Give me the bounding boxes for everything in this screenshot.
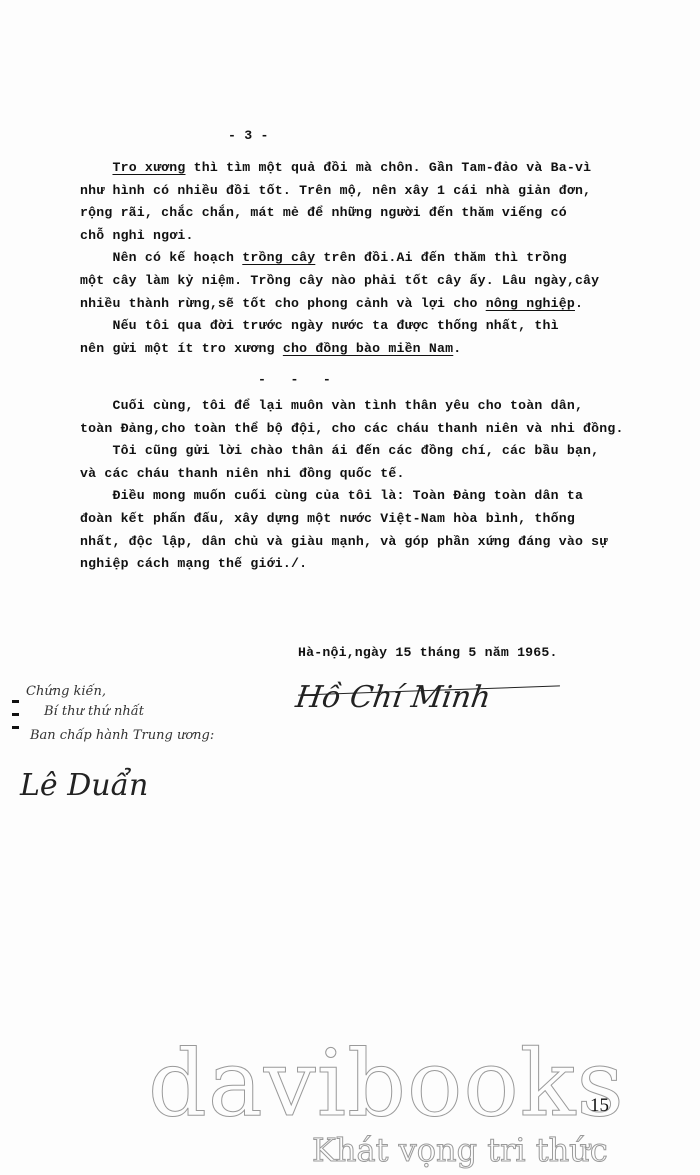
text-line: như hình có nhiều đồi tốt. Trên mộ, nên … <box>80 183 591 198</box>
text-line: Tôi cũng gửi lời chào thân ái đến các đồ… <box>80 443 599 458</box>
text-segment: nên gửi một ít tro xương <box>80 341 283 356</box>
date-line: Hà-nội,ngày 15 tháng 5 năm 1965. <box>298 645 558 660</box>
text-line: Điều mong muốn cuối cùng của tôi là: Toà… <box>80 488 583 503</box>
text-line: và các cháu thanh niên nhi đồng quốc tế. <box>80 466 405 481</box>
text-line: một cây làm kỷ niệm. Trồng cây nào phải … <box>80 273 599 288</box>
witness-note-line-3: Ban chấp hành Trung ương: <box>30 728 214 743</box>
text-segment: và các cháu thanh niên nhi đồng quốc tế. <box>80 466 405 481</box>
text-segment: Điều mong muốn cuối cùng của tôi là: Toà… <box>80 488 583 503</box>
underlined-phrase: cho đồng bào miền Nam <box>283 341 453 356</box>
signature-ho-chi-minh: Hồ Chí Minh <box>294 680 493 715</box>
text-line: toàn Đảng,cho toàn thể bộ đội, cho các c… <box>80 421 624 436</box>
section-separator: - - - <box>258 372 331 387</box>
text-line: nghiệp cách mạng thế giới./. <box>80 556 307 571</box>
watermark-tagline: Khát vọng tri thức <box>312 1131 608 1169</box>
text-line: nhất, độc lập, dân chủ và giàu mạnh, và … <box>80 534 607 549</box>
signature-le-duan: Lê Duẩn <box>20 768 148 803</box>
text-segment: đoàn kết phấn đấu, xây dựng một nước Việ… <box>80 511 575 526</box>
text-segment: nhất, độc lập, dân chủ và giàu mạnh, và … <box>80 534 607 549</box>
text-segment: . <box>453 341 461 356</box>
page-marker: - 3 - <box>228 128 269 143</box>
text-line: Tro xương thì tìm một quả đồi mà chôn. G… <box>80 160 591 175</box>
watermark-brand: davibooks <box>148 1030 625 1137</box>
text-segment: Tôi cũng gửi lời chào thân ái đến các đồ… <box>80 443 599 458</box>
text-segment <box>80 160 112 175</box>
text-segment: Cuối cùng, tôi để lại muôn vàn tình thân… <box>80 398 583 413</box>
underlined-phrase: trồng cây <box>242 250 315 265</box>
text-line: đoàn kết phấn đấu, xây dựng một nước Việ… <box>80 511 575 526</box>
text-segment: trên đồi.Ai đến thăm thì trồng <box>315 250 567 265</box>
document-page: - 3 - Tro xương thì tìm một quả đồi mà c… <box>0 0 700 1175</box>
text-line: Nếu tôi qua đời trước ngày nước ta được … <box>80 318 559 333</box>
text-line: nhiều thành rừng,sẽ tốt cho phong cảnh v… <box>80 296 583 311</box>
text-segment: như hình có nhiều đồi tốt. Trên mộ, nên … <box>80 183 591 198</box>
text-segment: nghiệp cách mạng thế giới./. <box>80 556 307 571</box>
text-line: rộng rãi, chắc chắn, mát mẻ để những ngư… <box>80 205 567 220</box>
text-line: Cuối cùng, tôi để lại muôn vàn tình thân… <box>80 398 583 413</box>
text-segment: chỗ nghỉ ngơi. <box>80 228 194 243</box>
text-segment: rộng rãi, chắc chắn, mát mẻ để những ngư… <box>80 205 567 220</box>
witness-note-line-1: Chứng kiến, <box>26 684 106 699</box>
text-line: Nên có kế hoạch trồng cây trên đồi.Ai đế… <box>80 250 567 265</box>
text-segment: toàn Đảng,cho toàn thể bộ đội, cho các c… <box>80 421 624 436</box>
text-segment: một cây làm kỷ niệm. Trồng cây nào phải … <box>80 273 599 288</box>
page-number: 15 <box>590 1095 609 1117</box>
underlined-phrase: Tro xương <box>112 160 185 175</box>
text-segment: . <box>575 296 583 311</box>
witness-note-line-2: Bí thư thứ nhất <box>44 704 144 719</box>
underlined-phrase: nông nghiệp <box>486 296 575 311</box>
margin-marks <box>12 700 20 739</box>
text-segment: nhiều thành rừng,sẽ tốt cho phong cảnh v… <box>80 296 486 311</box>
text-line: chỗ nghỉ ngơi. <box>80 228 194 243</box>
text-line: nên gửi một ít tro xương cho đồng bào mi… <box>80 341 461 356</box>
text-segment: Nếu tôi qua đời trước ngày nước ta được … <box>80 318 559 333</box>
text-segment: Nên có kế hoạch <box>80 250 242 265</box>
text-segment: thì tìm một quả đồi mà chôn. Gần Tam-đảo… <box>186 160 592 175</box>
